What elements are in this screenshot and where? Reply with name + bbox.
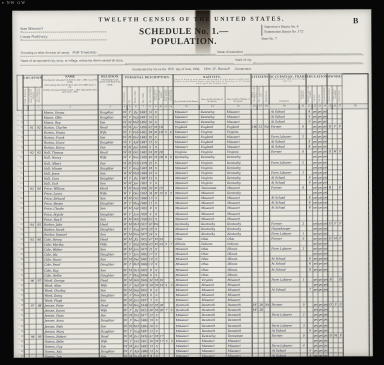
fillin-lines: Township or other division of county Pol… <box>20 48 363 72</box>
supervisor-value: 4 <box>297 25 299 29</box>
state-county-fields: State Missouri County Nodaway <box>20 25 106 42</box>
state-value: Missouri <box>28 27 43 31</box>
sub-free-mortgaged: Owned free or mortgaged <box>332 86 337 104</box>
group-location: LOCATION. <box>23 75 42 87</box>
township-label: Township or other division of county <box>20 50 69 56</box>
sub-children-living: No. of these children living <box>168 86 173 104</box>
sub-birthplace-mother: Place of birth of Mother of this person. <box>225 86 251 104</box>
table-header: LOCATION. NAME of each person whose plac… <box>17 73 368 109</box>
table-body: 1Moore, EmmaDaughterWFJly188514SMissouri… <box>17 108 369 357</box>
city-label: Name of incorporated city, town, or vill… <box>20 58 123 65</box>
sub-immigration-year: Year of immigration to the U.S. <box>251 86 257 104</box>
township-value: Polk Township <box>72 49 96 55</box>
ink-smudge <box>195 10 210 54</box>
sub-birthplace-father: Place of birth of Father of this person. <box>199 86 225 104</box>
sub-farm-house: Farm or house <box>337 85 342 103</box>
group-personal-description: PERSONAL DESCRIPTION. <box>122 74 173 86</box>
census-title: TWELFTH CENSUS OF THE UNITED STATES. <box>12 9 371 24</box>
enumerated-pre: Enumerated by me on the <box>132 66 166 72</box>
group-ownership: OWNERSHIP OF HOME. <box>327 74 342 86</box>
sub-years-married: No. of years married <box>158 86 163 104</box>
sub-years-in-us: No. of years in the U.S. <box>257 86 263 104</box>
ward-label: Ward of city <box>235 57 251 63</box>
enumerated-day: 6th <box>168 66 174 72</box>
corner-mark: e NW GW <box>2 0 26 5</box>
sub-attended-school: Attended school (in months) <box>306 86 312 104</box>
sub-months-not-employed: Months not employed <box>299 86 306 104</box>
group-relation: RELATION. Relationship of each person to… <box>98 75 122 105</box>
microfilm-background: e NW GW B TWELFTH CENSUS OF THE UNITED S… <box>0 0 384 365</box>
sub-occupation: Occupation. <box>269 86 299 104</box>
sub-birth-month: Month of birth <box>132 86 139 104</box>
county-label: County <box>20 35 30 39</box>
sheet-label: Sheet No. <box>261 37 274 41</box>
population-table: LOCATION. NAME of each person whose plac… <box>17 73 370 358</box>
sub-birthplace-person: Place of birth of this Person. <box>173 86 199 104</box>
table-row: 49Owens, LeeSonWMSep18918SMissouriMissou… <box>18 353 369 358</box>
enumerated-post: , Enumerator. <box>234 65 252 71</box>
sub-dwelling-number: No. of dwelling house in order of visita… <box>28 87 35 105</box>
sub-family-number: No. of family in order of visitation <box>35 87 42 105</box>
page-letter: B <box>353 16 358 25</box>
group-citizenship: CITIZENSHIP. <box>251 74 269 86</box>
district-box: Supervisor's District No. 4 Enumeration … <box>261 24 363 35</box>
schedule-title: SCHEDULE No. 1.—POPULATION. <box>106 25 261 47</box>
county-value: Nodaway <box>31 35 47 39</box>
enumeration-value: 172 <box>297 30 303 34</box>
header-row: State Missouri County Nodaway SCHEDULE N… <box>20 24 363 46</box>
enumerator-name: Wm. H. Russell <box>204 65 230 71</box>
sub-mother-of-children: Mother of how many children <box>163 86 168 104</box>
sub-marital-status: Single, married, widowed, or divorced <box>153 86 158 104</box>
column-number: 28 <box>342 103 368 108</box>
sub-birth-year: Year of birth <box>139 86 147 104</box>
group-nativity: NATIVITY. Place of birth of each person … <box>173 74 251 86</box>
group-occupation: OCCUPATION, TRADE, OR PROFESSION of each… <box>269 74 306 86</box>
supervisor-label: Supervisor's District No. <box>264 25 296 29</box>
district-fields: Supervisor's District No. 4 Enumeration … <box>261 24 363 40</box>
institution-label: Name of institution <box>217 49 243 55</box>
enumerated-mid: day of June, 1900, <box>176 65 200 71</box>
enumeration-label: Enumeration District No. <box>264 30 296 34</box>
state-label: State <box>20 27 27 31</box>
census-sheet: B TWELFTH CENSUS OF THE UNITED STATES. S… <box>12 9 373 358</box>
group-name: NAME of each person whose place of abode… <box>42 75 98 105</box>
group-education: EDUCATION. <box>306 74 327 86</box>
sheet-value: 7 <box>275 37 277 41</box>
